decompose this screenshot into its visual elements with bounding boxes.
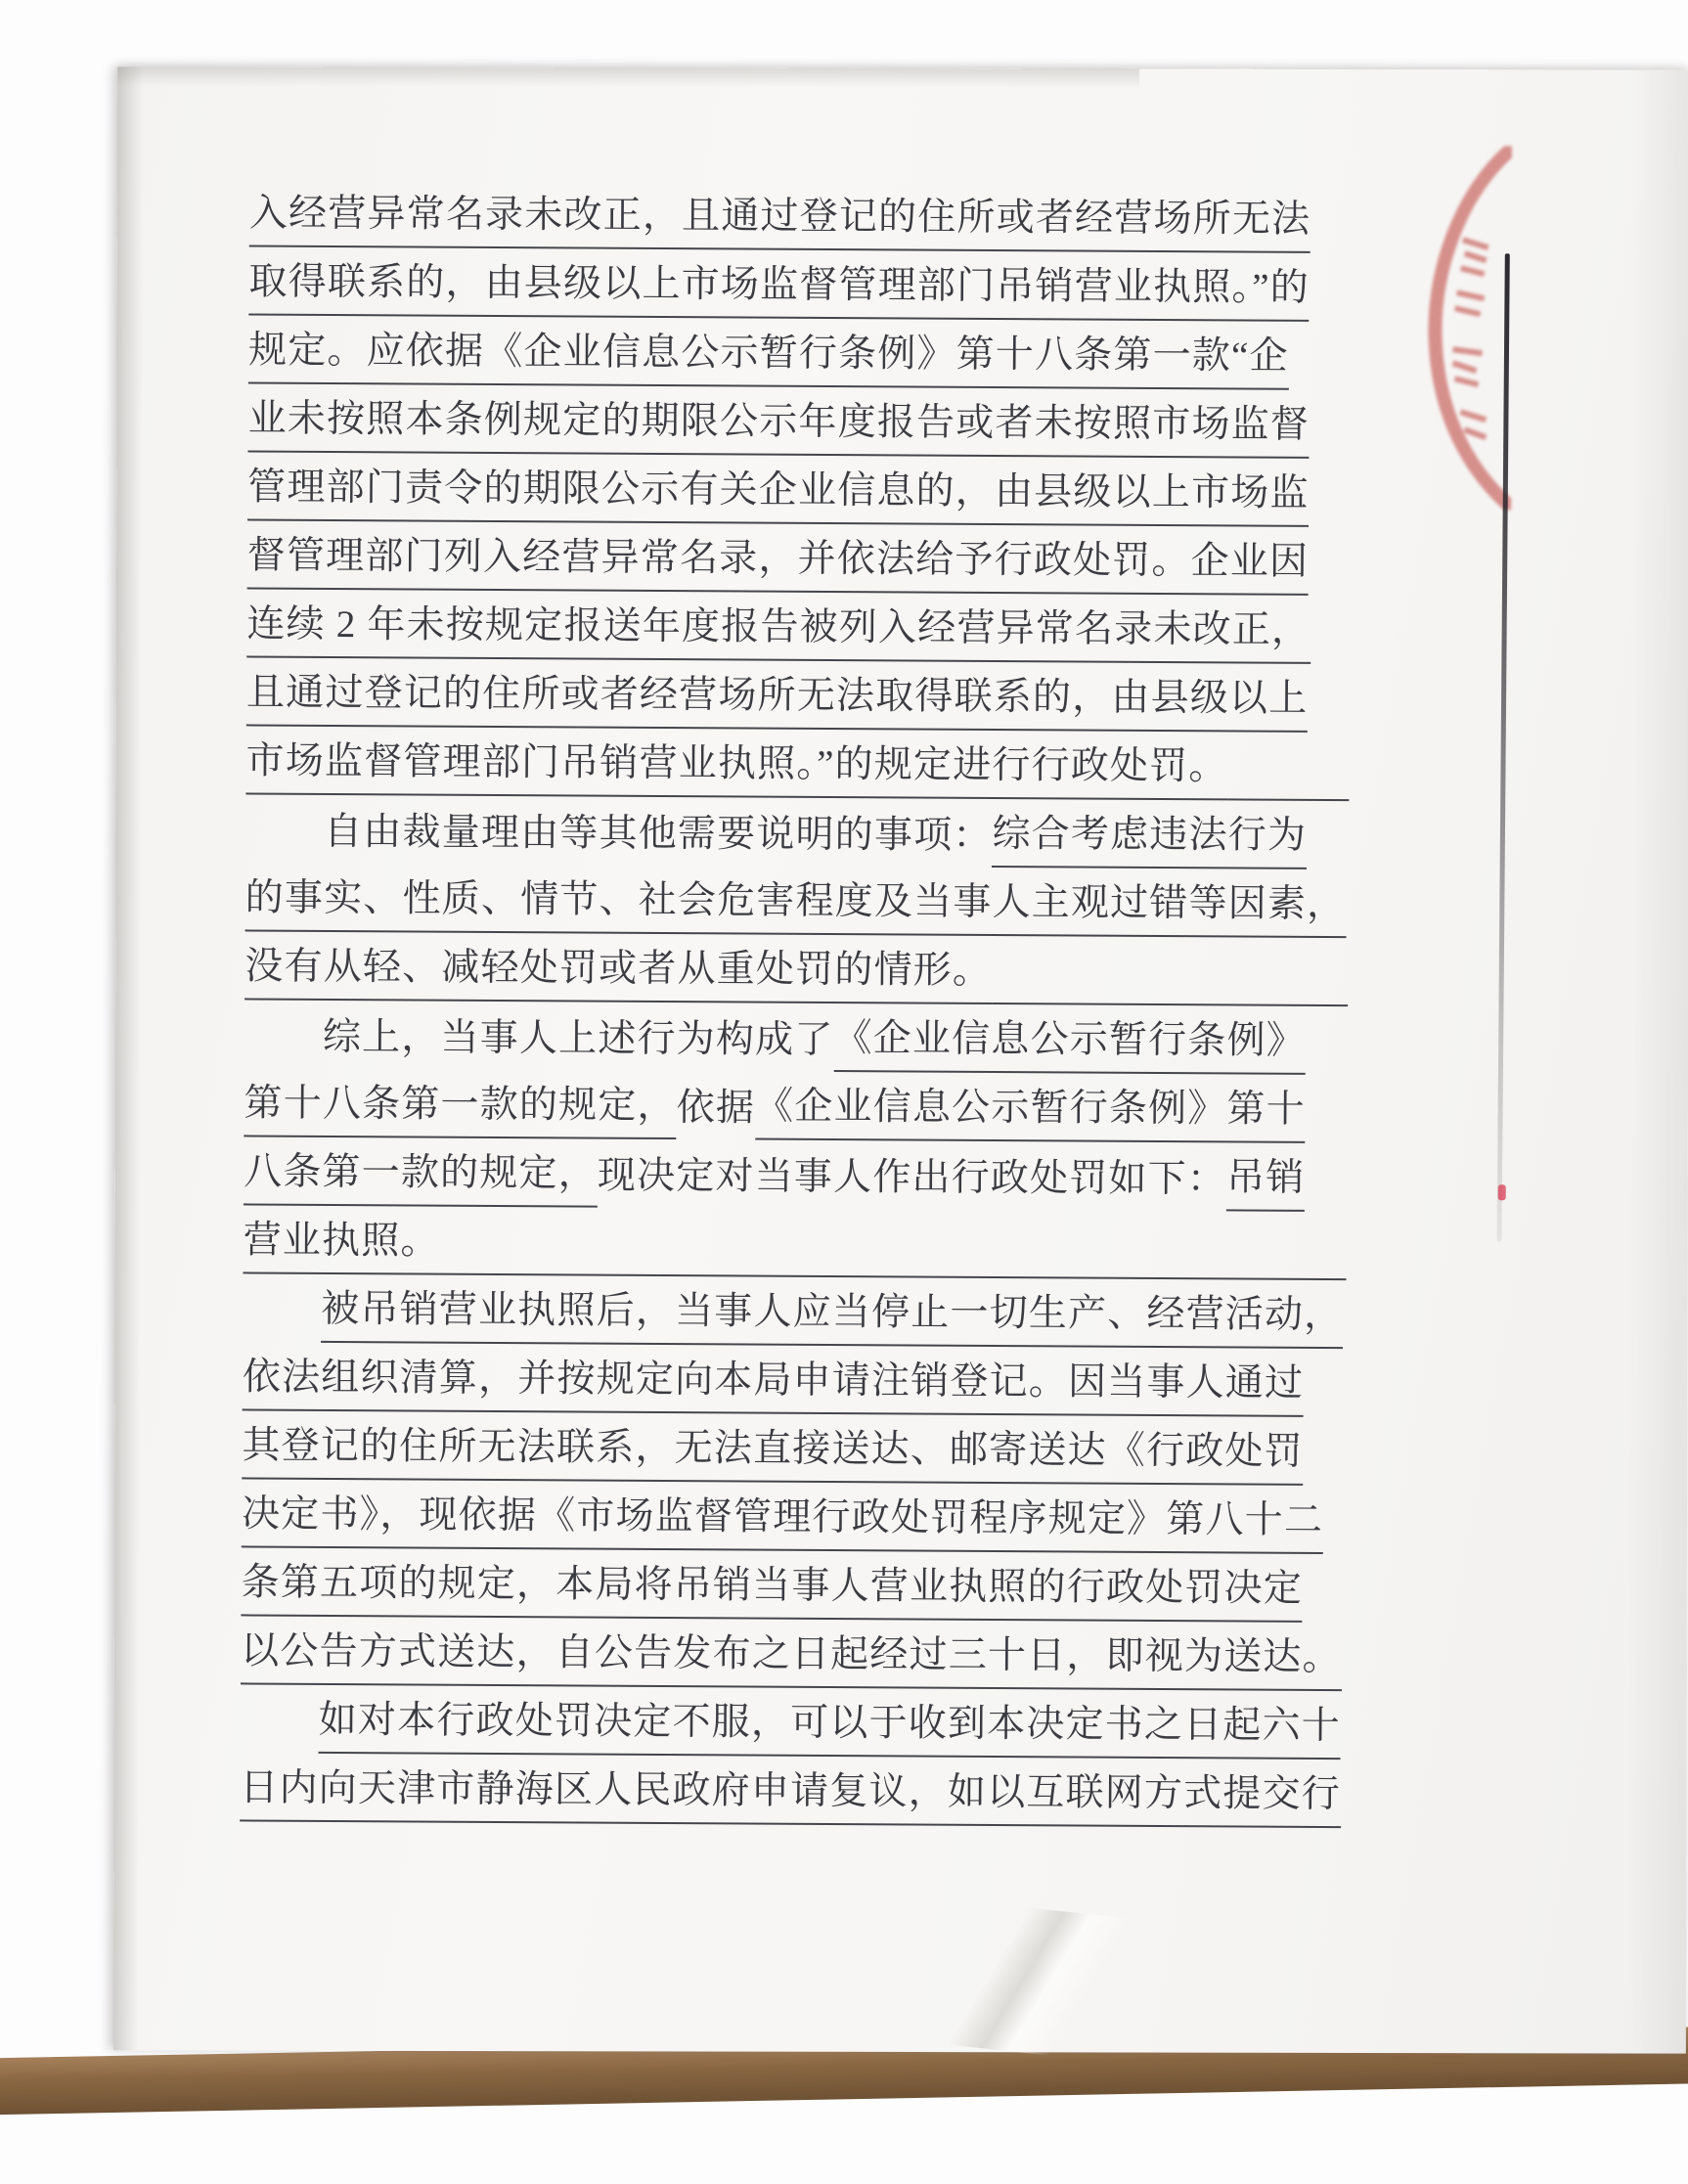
underlined-text-segment: 吊销 bbox=[1226, 1146, 1306, 1211]
underlined-text-segment: 入经营异常名录未改正，且通过登记的住所或者经营场所无法 bbox=[249, 182, 1311, 252]
underlined-text-segment: 连续 2 年未按规定报送年度报告被列入经营异常名录未改正， bbox=[246, 593, 1310, 663]
underlined-text-segment: 其登记的住所无法联系，无法直接送达、邮寄送达《行政处罚 bbox=[242, 1414, 1304, 1485]
scanned-page-photo: 入经营异常名录未改正，且通过登记的住所或者经营场所无法取得联系的，由县级以上市场… bbox=[0, 0, 1688, 2184]
text-line: 综上，当事人上述行为构成了《企业信息公示暂行条例》 bbox=[244, 1000, 1348, 1075]
document-body-text: 入经营异常名录未改正，且通过登记的住所或者经营场所无法取得联系的，由县级以上市场… bbox=[240, 178, 1353, 1828]
text-segment: 综上，当事人上述行为构成了 bbox=[323, 1006, 834, 1072]
underlined-text-segment: 取得联系的，由县级以上市场监督管理部门吊销营业执照。”的 bbox=[248, 250, 1310, 321]
underlined-text-segment: 《企业信息公示暂行条例》第十 bbox=[755, 1076, 1306, 1143]
underlined-text-segment: 督管理部门列入经营异常名录，并依法给予行政处罚。企业因 bbox=[247, 524, 1310, 595]
underlined-text-segment: 被吊销营业执照后，当事人应当停止一切生产、经营活动， bbox=[321, 1278, 1344, 1349]
text-line: 且通过登记的住所或者经营场所无法取得联系的，由县级以上 bbox=[246, 657, 1350, 733]
underlined-text-segment: 条第五项的规定，本局将吊销当事人营业执照的行政处罚决定 bbox=[241, 1551, 1303, 1622]
text-line: 以公告方式送达，自公告发布之日起经过三十日，即视为送达。 bbox=[241, 1616, 1344, 1691]
underlined-text-segment: 且通过登记的住所或者经营场所无法取得联系的，由县级以上 bbox=[246, 661, 1309, 732]
underlined-text-segment: 管理部门责令的期限公示有关企业信息的，由县级以上市场监 bbox=[247, 456, 1310, 526]
underlined-text-segment: 《企业信息公示暂行条例》 bbox=[833, 1007, 1306, 1075]
text-line: 规定。应依据《企业信息公示暂行条例》第十八条第一款“企 bbox=[248, 315, 1352, 390]
underlined-text-segment: 的事实、性质、情节、社会危害程度及当事人主观过错等因素， bbox=[245, 867, 1347, 938]
text-line: 没有从轻、减轻处罚或者从重处罚的情形。 bbox=[244, 931, 1348, 1006]
text-line: 第十八条第一款的规定，依据《企业信息公示暂行条例》第十 bbox=[244, 1068, 1347, 1143]
paper-left-shadow bbox=[113, 67, 143, 2050]
text-line: 管理部门责令的期限公示有关企业信息的，由县级以上市场监 bbox=[247, 452, 1351, 527]
text-line: 八条第一款的规定，现决定对当事人作出行政处罚如下：吊销 bbox=[244, 1137, 1347, 1212]
underlined-text-segment: 综合考虑违法行为 bbox=[992, 803, 1307, 869]
underlined-text-segment: 如对本行政处罚决定不服，可以于收到本决定书之日起六十 bbox=[319, 1689, 1342, 1760]
underlined-text-segment: 业未按照本条例规定的期限公示年度报告或者未按照市场监督 bbox=[247, 387, 1310, 458]
underlined-text-segment: 日内向天津市静海区人民政府申请复议，如以互联网方式提交行 bbox=[240, 1757, 1341, 1828]
text-line: 如对本行政处罚决定不服，可以于收到本决定书之日起六十 bbox=[241, 1684, 1344, 1760]
text-line: 日内向天津市静海区人民政府申请复议，如以互联网方式提交行 bbox=[240, 1753, 1343, 1828]
underlined-text-segment: 依法组织清算，并按规定向本局申请注销登记。因当事人通过 bbox=[243, 1346, 1305, 1416]
text-segment: 依据 bbox=[676, 1077, 755, 1139]
underlined-text-segment: 规定。应依据《企业信息公示暂行条例》第十八条第一款“企 bbox=[248, 319, 1289, 389]
text-line: 业未按照本条例规定的期限公示年度报告或者未按照市场监督 bbox=[247, 383, 1351, 459]
text-line: 营业执照。 bbox=[243, 1205, 1346, 1280]
red-edge-fleck bbox=[1498, 1184, 1506, 1200]
underlined-text-segment: 第十八条第一款的规定， bbox=[244, 1072, 677, 1139]
text-line: 市场监督管理部门吊销营业执照。”的规定进行行政处罚。 bbox=[245, 726, 1349, 801]
text-line: 自由裁量理由等其他需要说明的事项：综合考虑违法行为 bbox=[245, 794, 1349, 869]
paper-top-shadow bbox=[117, 67, 1139, 88]
text-line: 取得联系的，由县级以上市场监督管理部门吊销营业执照。”的 bbox=[248, 246, 1352, 322]
text-line: 督管理部门列入经营异常名录，并依法给予行政处罚。企业因 bbox=[247, 520, 1351, 596]
document-paper: 入经营异常名录未改正，且通过登记的住所或者经营场所无法取得联系的，由县级以上市场… bbox=[113, 67, 1688, 2053]
text-segment: 现决定对当事人作出行政处罚如下： bbox=[598, 1145, 1227, 1212]
text-line: 决定书》，现依据《市场监督管理行政处罚程序规定》第八十二 bbox=[242, 1479, 1345, 1554]
underlined-text-segment: 市场监督管理部门吊销营业执照。”的规定进行行政处罚。 bbox=[245, 730, 1227, 800]
underlined-text-segment: 以公告方式送达，自公告发布之日起经过三十日，即视为送达。 bbox=[241, 1620, 1342, 1691]
text-line: 入经营异常名录未改正，且通过登记的住所或者经营场所无法 bbox=[249, 178, 1353, 253]
text-segment: 自由裁量理由等其他需要说明的事项： bbox=[324, 801, 993, 868]
underlined-text-segment: 营业执照。 bbox=[243, 1209, 439, 1274]
text-line: 的事实、性质、情节、社会危害程度及当事人主观过错等因素， bbox=[245, 863, 1349, 938]
text-line: 其登记的住所无法联系，无法直接送达、邮寄送达《行政处罚 bbox=[242, 1410, 1345, 1486]
text-line: 依法组织清算，并按规定向本局申请注销登记。因当事人通过 bbox=[243, 1342, 1346, 1417]
underlined-text-segment: 没有从轻、减轻处罚或者从重处罚的情形。 bbox=[244, 935, 992, 1004]
paper-right-shadow bbox=[1627, 70, 1688, 2054]
paper-bottom-fold bbox=[879, 1894, 1167, 2067]
underlined-text-segment: 决定书》，现依据《市场监督管理行政处罚程序规定》第八十二 bbox=[242, 1483, 1323, 1554]
text-line: 条第五项的规定，本局将吊销当事人营业执照的行政处罚决定 bbox=[241, 1547, 1344, 1623]
text-line: 连续 2 年未按规定报送年度报告被列入经营异常名录未改正， bbox=[246, 589, 1350, 664]
underlined-text-segment: 八条第一款的规定， bbox=[244, 1140, 598, 1207]
partial-red-seal-stamp-icon bbox=[1417, 146, 1512, 510]
text-line: 被吊销营业执照后，当事人应当停止一切生产、经营活动， bbox=[243, 1273, 1346, 1349]
